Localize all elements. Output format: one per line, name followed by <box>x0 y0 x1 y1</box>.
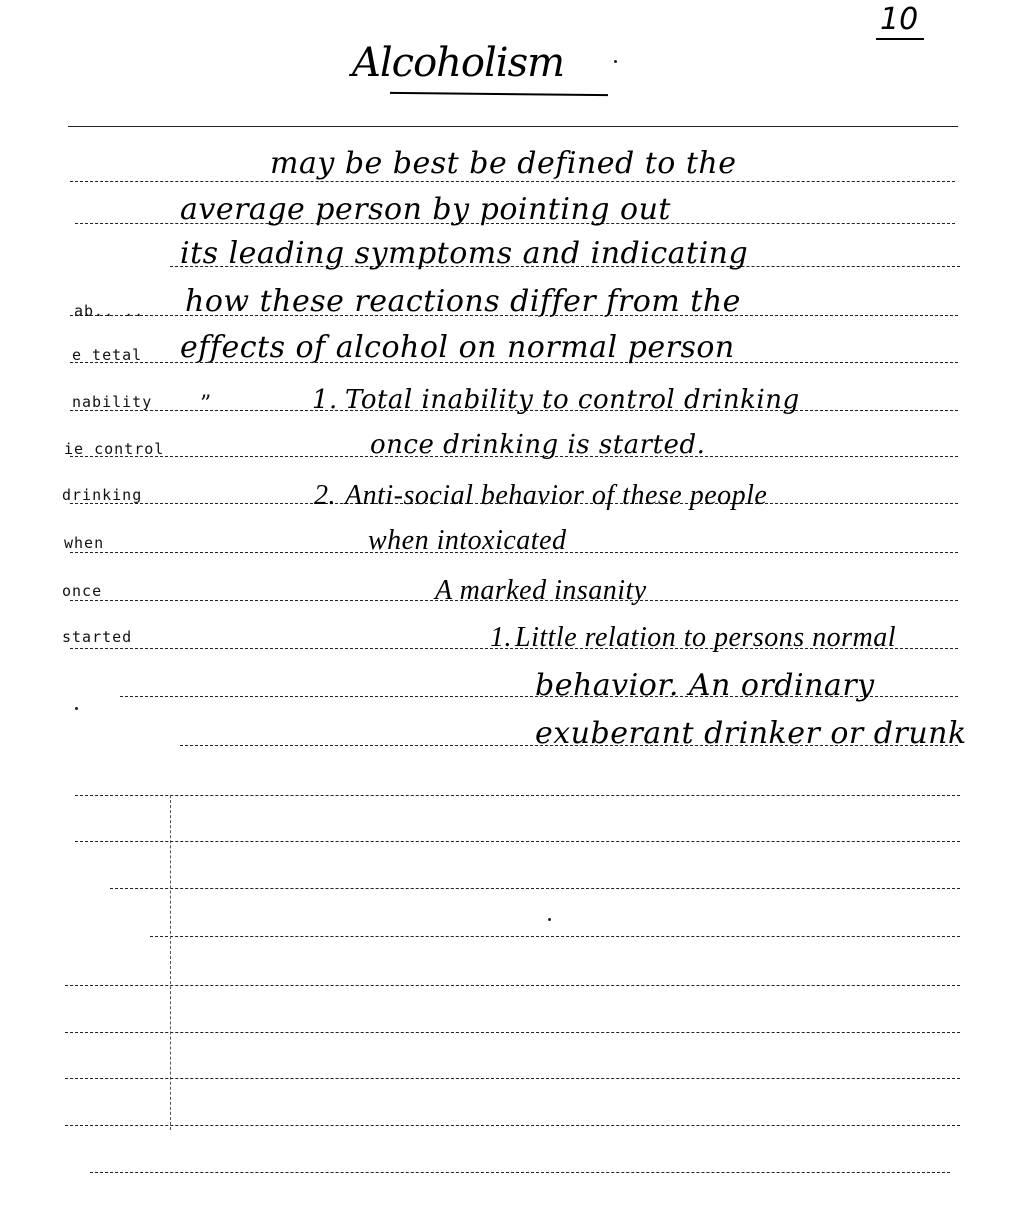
title-underline <box>390 92 608 96</box>
symptom-text: when intoxicated <box>368 525 567 557</box>
ruled-line <box>150 936 960 937</box>
sub-point-text: exuberant drinker or drunk <box>535 716 967 751</box>
subheading: A marked insanity <box>435 575 647 607</box>
margin-note: ie control <box>64 440 164 458</box>
margin-note: nability <box>72 393 152 411</box>
ruled-line <box>65 985 960 986</box>
ruled-line <box>110 888 960 889</box>
ruled-line <box>68 126 958 127</box>
page-title: Alcoholism <box>352 40 564 86</box>
ruled-line <box>65 1032 960 1033</box>
ruled-line <box>70 181 955 182</box>
sub-point-text: behavior. An ordinary <box>535 668 875 703</box>
ruled-line <box>75 795 960 796</box>
ruled-line <box>65 1078 960 1079</box>
symptom-text: Anti-social behavior of these people <box>345 480 767 512</box>
sub-point-text: Little relation to persons normal <box>515 622 896 654</box>
scan-speck <box>548 918 551 921</box>
ruled-line <box>90 1172 950 1173</box>
body-line: how these reactions differ from the <box>185 284 741 319</box>
body-line: average person by pointing out <box>180 192 671 227</box>
scan-speck <box>614 60 617 63</box>
margin-note: once <box>62 582 102 600</box>
page-number: 10 <box>880 2 918 37</box>
page-number-underline <box>876 38 924 40</box>
margin-note: drinking <box>62 486 142 504</box>
body-line: effects of alcohol on normal person <box>180 330 735 365</box>
margin-note: ab.. .. <box>74 302 144 320</box>
sub-point-number: 1. <box>490 622 512 654</box>
margin-note: started <box>62 628 132 646</box>
margin-note: e tetal <box>72 346 142 364</box>
body-line: may be best be defined to the <box>270 146 737 181</box>
scan-speck <box>75 707 78 710</box>
symptom-number: 2. <box>314 480 336 512</box>
scanned-page: 10 Alcoholism may be best be defined to … <box>0 0 1020 1210</box>
symptom-text: once drinking is started. <box>370 430 705 460</box>
body-line: its leading symptoms and indicating <box>180 236 748 271</box>
margin-line <box>170 795 171 1130</box>
symptom-text: Total inability to control drinking <box>345 385 800 415</box>
margin-note: when <box>64 534 104 552</box>
ruled-line <box>65 1125 960 1126</box>
symptom-number: 1. <box>312 385 338 415</box>
ditto-mark: ” <box>200 392 211 417</box>
ruled-line <box>75 841 960 842</box>
